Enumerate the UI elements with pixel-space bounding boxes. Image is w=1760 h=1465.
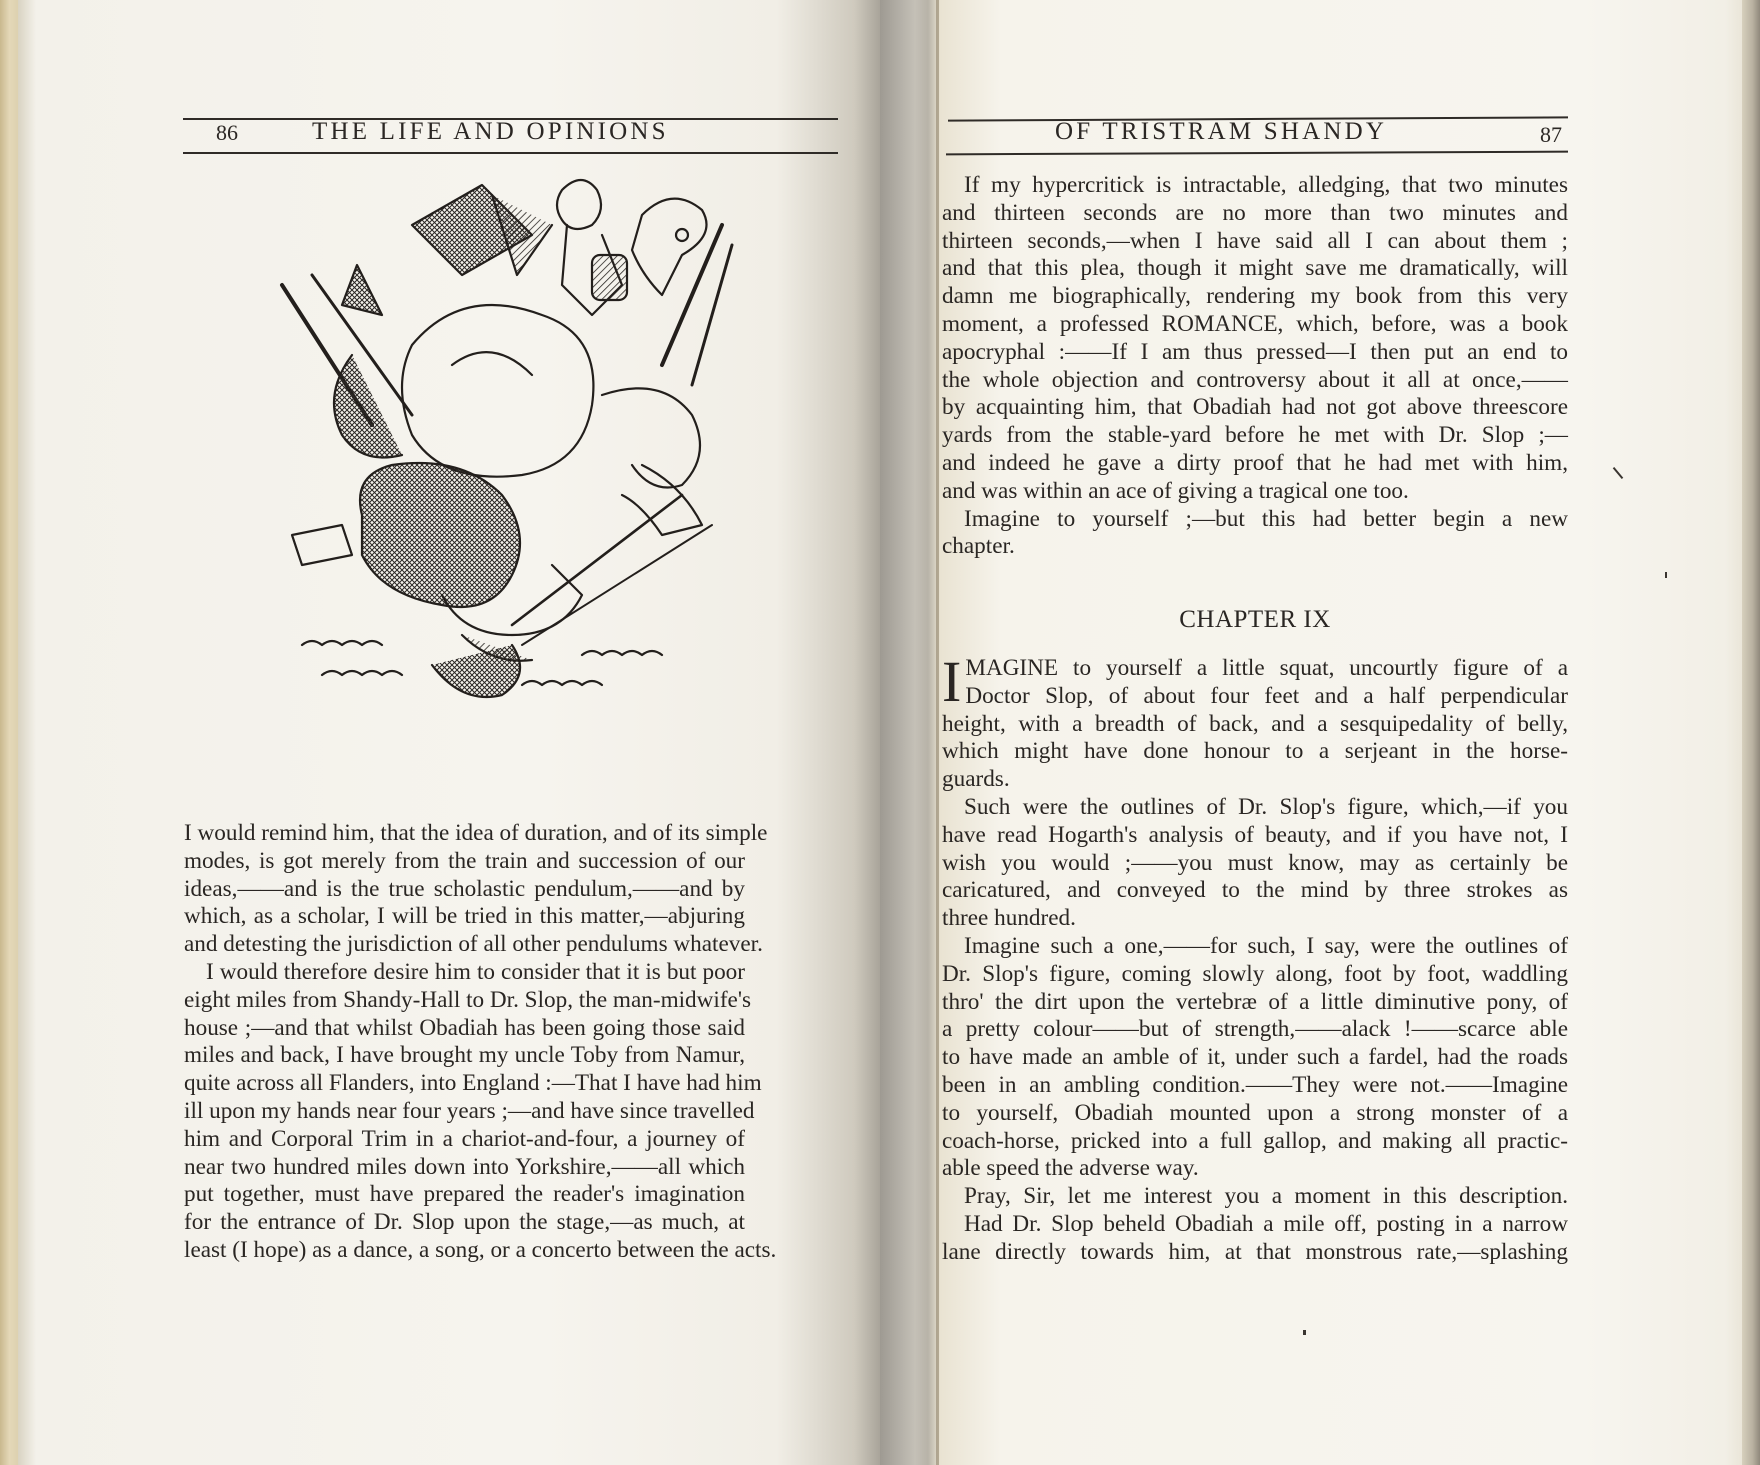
text-line: If my hypercritick is intractable, alled… <box>942 172 1568 200</box>
text-line: him and Corporal Trim in a chariot-and-f… <box>184 1126 745 1154</box>
text-line: Doctor Slop, of about four feet and a ha… <box>942 683 1568 711</box>
book-edge-right <box>1742 0 1760 1465</box>
text-line: caricatured, and conveyed to the mind by… <box>942 877 1568 905</box>
text-line: ideas,——and is the true scholastic pendu… <box>184 876 745 904</box>
running-head-right: OF TRISTRAM SHANDY <box>1055 118 1387 146</box>
text-line: chapter. <box>942 533 1568 561</box>
text-line: least (I hope) as a dance, a song, or a … <box>184 1237 745 1265</box>
text-line: moment, a professed ROMANCE, which, befo… <box>942 311 1568 339</box>
text-line: I would therefore desire him to consider… <box>184 959 745 987</box>
text-line: eight miles from Shandy-Hall to Dr. Slop… <box>184 987 745 1015</box>
text-line: near two hundred miles down into Yorkshi… <box>184 1154 745 1182</box>
text-line: damn me biographically, rendering my boo… <box>942 283 1568 311</box>
text-line: and detesting the jurisdiction of all ot… <box>184 931 745 959</box>
text-line: put together, must have prepared the rea… <box>184 1181 745 1209</box>
text-line: and was within an ace of giving a tragic… <box>942 478 1568 506</box>
text-line: and indeed he gave a dirty proof that he… <box>942 450 1568 478</box>
text-line: modes, is got merely from the train and … <box>184 848 745 876</box>
text-line: yards from the stable-yard before he met… <box>942 422 1568 450</box>
text-line: Dr. Slop's figure, coming slowly along, … <box>942 961 1568 989</box>
text-line: quite across all Flanders, into England … <box>184 1070 745 1098</box>
text-line: and thirteen seconds are no more than tw… <box>942 200 1568 228</box>
text-line: which, as a scholar, I will be tried in … <box>184 903 745 931</box>
text-line: Had Dr. Slop beheld Obadiah a mile off, … <box>942 1211 1568 1239</box>
text-line: have read Hogarth's analysis of beauty, … <box>942 822 1568 850</box>
text-line: thro' the dirt upon the vertebræ of a li… <box>942 989 1568 1017</box>
chapter-heading: CHAPTER IX <box>942 606 1568 634</box>
stray-mark <box>1303 1330 1306 1335</box>
text-line: lane directly towards him, at that monst… <box>942 1239 1568 1267</box>
open-book-spread: 86 THE LIFE AND OPINIONS OF TRISTRAM SHA… <box>0 0 1760 1465</box>
text-line: Imagine to yourself ;—but this had bette… <box>942 506 1568 534</box>
stray-mark <box>1665 572 1667 578</box>
text-line: Such were the outlines of Dr. Slop's fig… <box>942 794 1568 822</box>
text-line: house ;—and that whilst Obadiah has been… <box>184 1015 745 1043</box>
right-page-body-top: If my hypercritick is intractable, alled… <box>942 172 1568 561</box>
text-line: by acquainting him, that Obadiah had not… <box>942 394 1568 422</box>
text-line: guards. <box>942 766 1568 794</box>
header-rule-bottom-left <box>183 152 838 154</box>
text-line: a pretty colour——but of strength,——alack… <box>942 1016 1568 1044</box>
right-page-body-chapter: I MAGINE to yourself a little squat, unc… <box>942 655 1568 1267</box>
text-line: and that this plea, though it might save… <box>942 255 1568 283</box>
text-line: Imagine such a one,——for such, I say, we… <box>942 933 1568 961</box>
text-line: Pray, Sir, let me interest you a moment … <box>942 1183 1568 1211</box>
text-line: the whole objection and controversy abou… <box>942 367 1568 395</box>
text-line: able speed the adverse way. <box>942 1155 1568 1183</box>
running-head-left: THE LIFE AND OPINIONS <box>312 118 669 146</box>
text-line: which might have done honour to a serjea… <box>942 738 1568 766</box>
text-line: three hundred. <box>942 905 1568 933</box>
text-line: height, with a breadth of back, and a se… <box>942 711 1568 739</box>
text-line: ill upon my hands near four years ;—and … <box>184 1098 745 1126</box>
text-line: thirteen seconds,—when I have said all I… <box>942 228 1568 256</box>
gutter-shadow <box>936 0 939 1465</box>
drop-cap: I <box>942 657 961 709</box>
text-line: I would remind him, that the idea of dur… <box>184 820 745 848</box>
text-line: for the entrance of Dr. Slop upon the st… <box>184 1209 745 1237</box>
text-line: apocryphal :——If I am thus pressed—I the… <box>942 339 1568 367</box>
text-line: miles and back, I have brought my uncle … <box>184 1042 745 1070</box>
text-line: coach-horse, pricked into a full gallop,… <box>942 1128 1568 1156</box>
text-line: MAGINE to yourself a little squat, uncou… <box>942 655 1568 683</box>
page-number-left: 86 <box>216 120 238 146</box>
left-page-body: I would remind him, that the idea of dur… <box>184 820 745 1265</box>
text-line: to have made an amble of it, under such … <box>942 1044 1568 1072</box>
illustration-horseman-collision <box>262 165 802 755</box>
page-number-right: 87 <box>1540 122 1562 148</box>
text-line: wish you would ;——you must know, may as … <box>942 850 1568 878</box>
text-line: to yourself, Obadiah mounted upon a stro… <box>942 1100 1568 1128</box>
text-line: been in an ambling condition.——They were… <box>942 1072 1568 1100</box>
